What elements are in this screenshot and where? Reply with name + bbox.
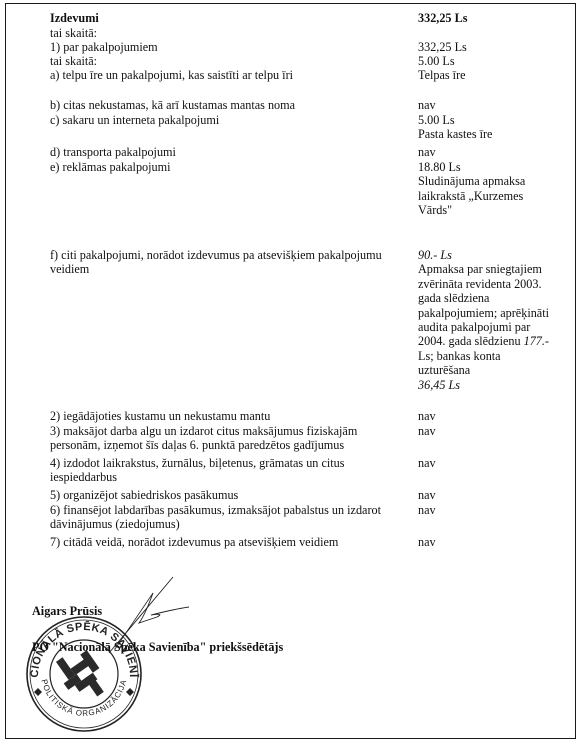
row-value-amount: 177.- <box>524 334 549 348</box>
row-label-line: 4) izdodot laikrakstus, žurnālus, biļete… <box>50 456 405 470</box>
row-value: 18.80 Ls Sludinājuma apmaksa laikrakstā … <box>418 160 558 218</box>
row-label-line: 3) maksājot darba algu un izdarot citus … <box>50 424 405 438</box>
row-value: 332,25 Ls <box>418 40 558 54</box>
row-value: 5.00 Ls Pasta kastes īre <box>418 113 558 142</box>
row-value: nav <box>418 145 558 159</box>
row-value-note: pakalpojumiem; aprēķināti <box>418 306 558 320</box>
row-label-line: veidiem <box>50 262 405 276</box>
row-label: 2) iegādājoties kustamu un nekustamu man… <box>50 409 405 423</box>
row-label-line: 6) finansējot labdarības pasākumus, izma… <box>50 503 405 517</box>
expenses-total: 332,25 Ls <box>418 11 558 25</box>
row-label: 3) maksājot darba algu un izdarot citus … <box>50 424 405 452</box>
row-value: nav <box>418 488 558 502</box>
row-value: Telpas īre <box>418 68 558 82</box>
expenses-title: Izdevumi <box>50 11 405 25</box>
row-label: 7) citādā veidā, norādot izdevumus pa at… <box>50 535 405 549</box>
row-value-note: 2004. gada slēdzienu 177.- <box>418 334 558 348</box>
row-value-note: Ls; bankas konta <box>418 349 558 363</box>
row-value-note: Pasta kastes īre <box>418 127 558 141</box>
row-label-line: dāvinājumus (ziedojumus) <box>50 517 405 531</box>
row-value: nav <box>418 424 558 438</box>
row-value: nav <box>418 456 558 470</box>
row-label: 1) par pakalpojumiem <box>50 40 405 54</box>
row-label: b) citas nekustamas, kā arī kustamas man… <box>50 98 405 112</box>
row-value-amount: 18.80 Ls <box>418 160 558 174</box>
row-value-note: Vārds" <box>418 203 558 217</box>
signatory-position: PO "Nacionālā Spēka Savienība" priekšsēd… <box>32 640 283 655</box>
row-label: 4) izdodot laikrakstus, žurnālus, biļete… <box>50 456 405 484</box>
row-label-line: iespieddarbus <box>50 470 405 484</box>
row-value: nav <box>418 535 558 549</box>
row-label: tai skaitā: <box>50 54 405 68</box>
row-value: nav <box>418 503 558 517</box>
row-value-amount: 36,45 Ls <box>418 378 558 392</box>
row-label: 6) finansējot labdarības pasākumus, izma… <box>50 503 405 531</box>
row-value-note: uzturēšana <box>418 363 558 377</box>
row-value: nav <box>418 409 558 423</box>
row-label-line: personām, izņemot šīs daļas 6. punktā pa… <box>50 438 405 452</box>
row-value-note: Apmaksa par sniegtajiem <box>418 262 558 276</box>
row-label: tai skaitā: <box>50 26 405 40</box>
row-value-note: audita pakalpojumi par <box>418 320 558 334</box>
row-value-note: laikrakstā „Kurzemes <box>418 189 558 203</box>
row-label: f) citi pakalpojumi, norādot izdevumus p… <box>50 248 405 276</box>
row-label: a) telpu īre un pakalpojumi, kas saistīt… <box>50 68 405 82</box>
row-value: 5.00 Ls <box>418 54 558 68</box>
row-value: nav <box>418 98 558 112</box>
row-label-line: f) citi pakalpojumi, norādot izdevumus p… <box>50 248 405 262</box>
row-value-note: Sludinājuma apmaksa <box>418 174 558 188</box>
row-value-amount: 90.- Ls <box>418 248 558 262</box>
row-label: e) reklāmas pakalpojumi <box>50 160 405 174</box>
signatory-name: Aigars Prūsis <box>32 604 102 619</box>
row-value: 90.- Ls Apmaksa par sniegtajiem zvērināt… <box>418 248 558 392</box>
row-value-note: zvērināta revidenta 2003. <box>418 277 558 291</box>
row-label: 5) organizējot sabiedriskos pasākumus <box>50 488 405 502</box>
row-label: d) transporta pakalpojumi <box>50 145 405 159</box>
row-value-amount: 5.00 Ls <box>418 113 558 127</box>
row-label: c) sakaru un interneta pakalpojumi <box>50 113 405 127</box>
row-value-text: 2004. gada slēdzienu <box>418 334 524 348</box>
row-value-note: gada slēdziena <box>418 291 558 305</box>
